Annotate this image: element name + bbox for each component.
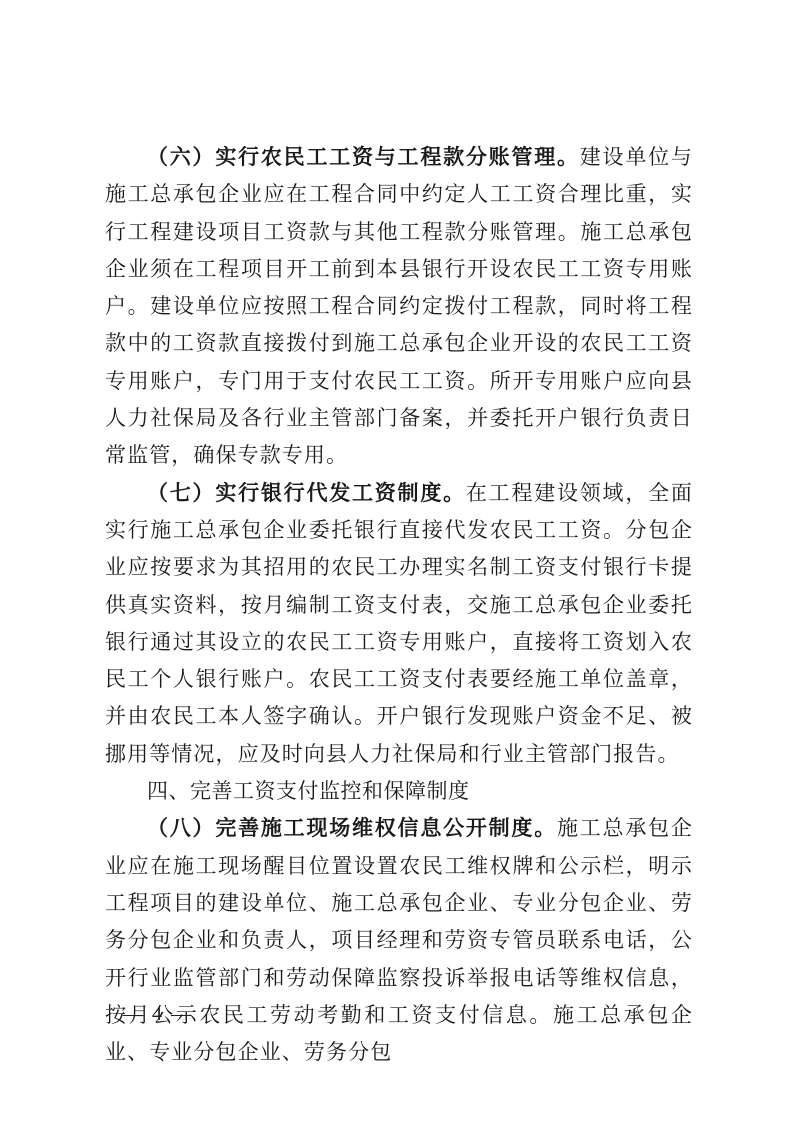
section-4-heading: 四、完善工资支付监控和保障制度 (105, 773, 693, 810)
clause-6-body: 建设单位与施工总承包企业应在工程合同中约定人工工资合理比重，实行工程建设项目工资… (105, 145, 693, 467)
clause-8-title: （八）完善施工现场维权信息公开制度。 (147, 816, 557, 840)
document-page: （六）实行农民工工资与工程款分账管理。建设单位与施工总承包企业应在工程合同中约定… (105, 139, 693, 1071)
clause-7-body: 在工程建设领域，全面实行施工总承包企业委托银行直接代发农民工工资。分包企业应按要… (105, 481, 693, 766)
clause-7-title: （七）实行银行代发工资制度。 (147, 481, 466, 505)
page-number: — 4 — (123, 1003, 193, 1026)
clause-8-paragraph: （八）完善施工现场维权信息公开制度。施工总承包企业应在施工现场醒目位置设置农民工… (105, 810, 693, 1071)
clause-8-body: 施工总承包企业应在施工现场醒目位置设置农民工维权牌和公示栏，明示工程项目的建设单… (105, 816, 693, 1064)
clause-6-paragraph: （六）实行农民工工资与工程款分账管理。建设单位与施工总承包企业应在工程合同中约定… (105, 139, 693, 475)
clause-7-paragraph: （七）实行银行代发工资制度。在工程建设领域，全面实行施工总承包企业委托银行直接代… (105, 475, 693, 773)
clause-6-title: （六）实行农民工工资与工程款分账管理。 (147, 145, 580, 169)
